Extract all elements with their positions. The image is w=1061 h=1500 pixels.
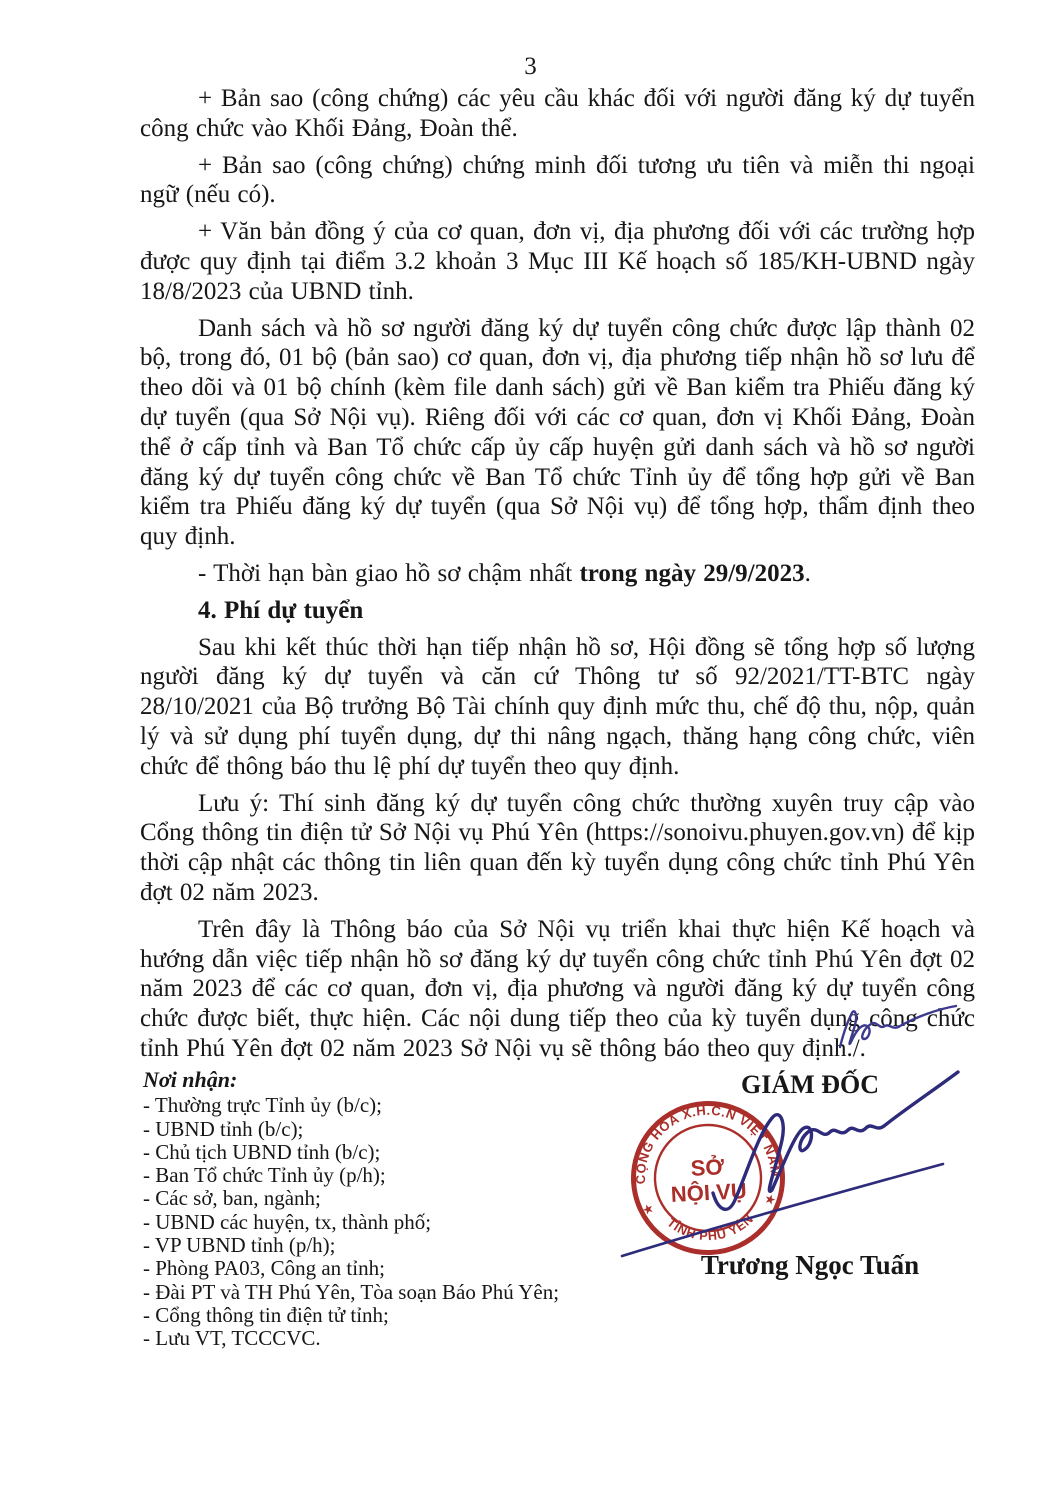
paragraph-luu-y: Lưu ý: Thí sinh đăng ký dự tuyển công ch…: [140, 789, 975, 908]
recipient-item: - UBND các huyện, tx, thành phố;: [143, 1211, 663, 1234]
paragraph-ban-sao-chung-minh: + Bản sao (công chứng) chứng minh đối tư…: [140, 151, 975, 211]
recipients-block: Nơi nhận: - Thường trực Tỉnh ủy (b/c); -…: [143, 1068, 663, 1351]
deadline-text: - Thời hạn bàn giao hồ sơ chậm nhất: [198, 560, 579, 587]
recipient-item: - Các sở, ban, ngành;: [143, 1187, 663, 1210]
deadline-period: .: [805, 560, 811, 587]
recipient-item: - Chủ tịch UBND tỉnh (b/c);: [143, 1141, 663, 1164]
paragraph-ban-sao-yeu-cau: + Bản sao (công chứng) các yêu cầu khác …: [140, 84, 975, 144]
recipient-item: - Ban Tổ chức Tỉnh ủy (p/h);: [143, 1164, 663, 1187]
recipient-item: - Cổng thông tin điện tử tỉnh;: [143, 1304, 663, 1327]
signer-name: Trương Ngọc Tuấn: [640, 1250, 980, 1281]
signature-underline-stroke: [622, 1164, 943, 1256]
signature-main-stroke: [713, 1072, 958, 1209]
director-signature: [600, 1040, 1000, 1280]
document-body: + Bản sao (công chứng) các yêu cầu khác …: [140, 84, 975, 1071]
section-heading-phi-du-tuyen: 4. Phí dự tuyển: [140, 596, 975, 626]
recipient-item: - Lưu VT, TCCCVC.: [143, 1327, 663, 1350]
paragraph-van-ban-dong-y: + Văn bản đồng ý của cơ quan, đơn vị, đị…: [140, 217, 975, 306]
recipient-item: - VP UBND tỉnh (p/h);: [143, 1234, 663, 1257]
deadline-date: trong ngày 29/9/2023: [579, 560, 804, 587]
recipient-item: - UBND tỉnh (b/c);: [143, 1118, 663, 1141]
recipient-item: - Thường trực Tỉnh ủy (b/c);: [143, 1094, 663, 1117]
recipients-label: Nơi nhận:: [143, 1068, 663, 1091]
recipient-item: - Phòng PA03, Công an tỉnh;: [143, 1257, 663, 1280]
deadline-line: - Thời hạn bàn giao hồ sơ chậm nhất tron…: [140, 559, 975, 589]
recipient-item: - Đài PT và TH Phú Yên, Tòa soạn Báo Phú…: [143, 1281, 663, 1304]
page-number: 3: [0, 52, 1061, 82]
document-page: 3 + Bản sao (công chứng) các yêu cầu khá…: [0, 0, 1061, 1500]
paragraph-danh-sach: Danh sách và hồ sơ người đăng ký dự tuyể…: [140, 314, 975, 552]
paragraph-sau-khi: Sau khi kết thúc thời hạn tiếp nhận hồ s…: [140, 633, 975, 782]
